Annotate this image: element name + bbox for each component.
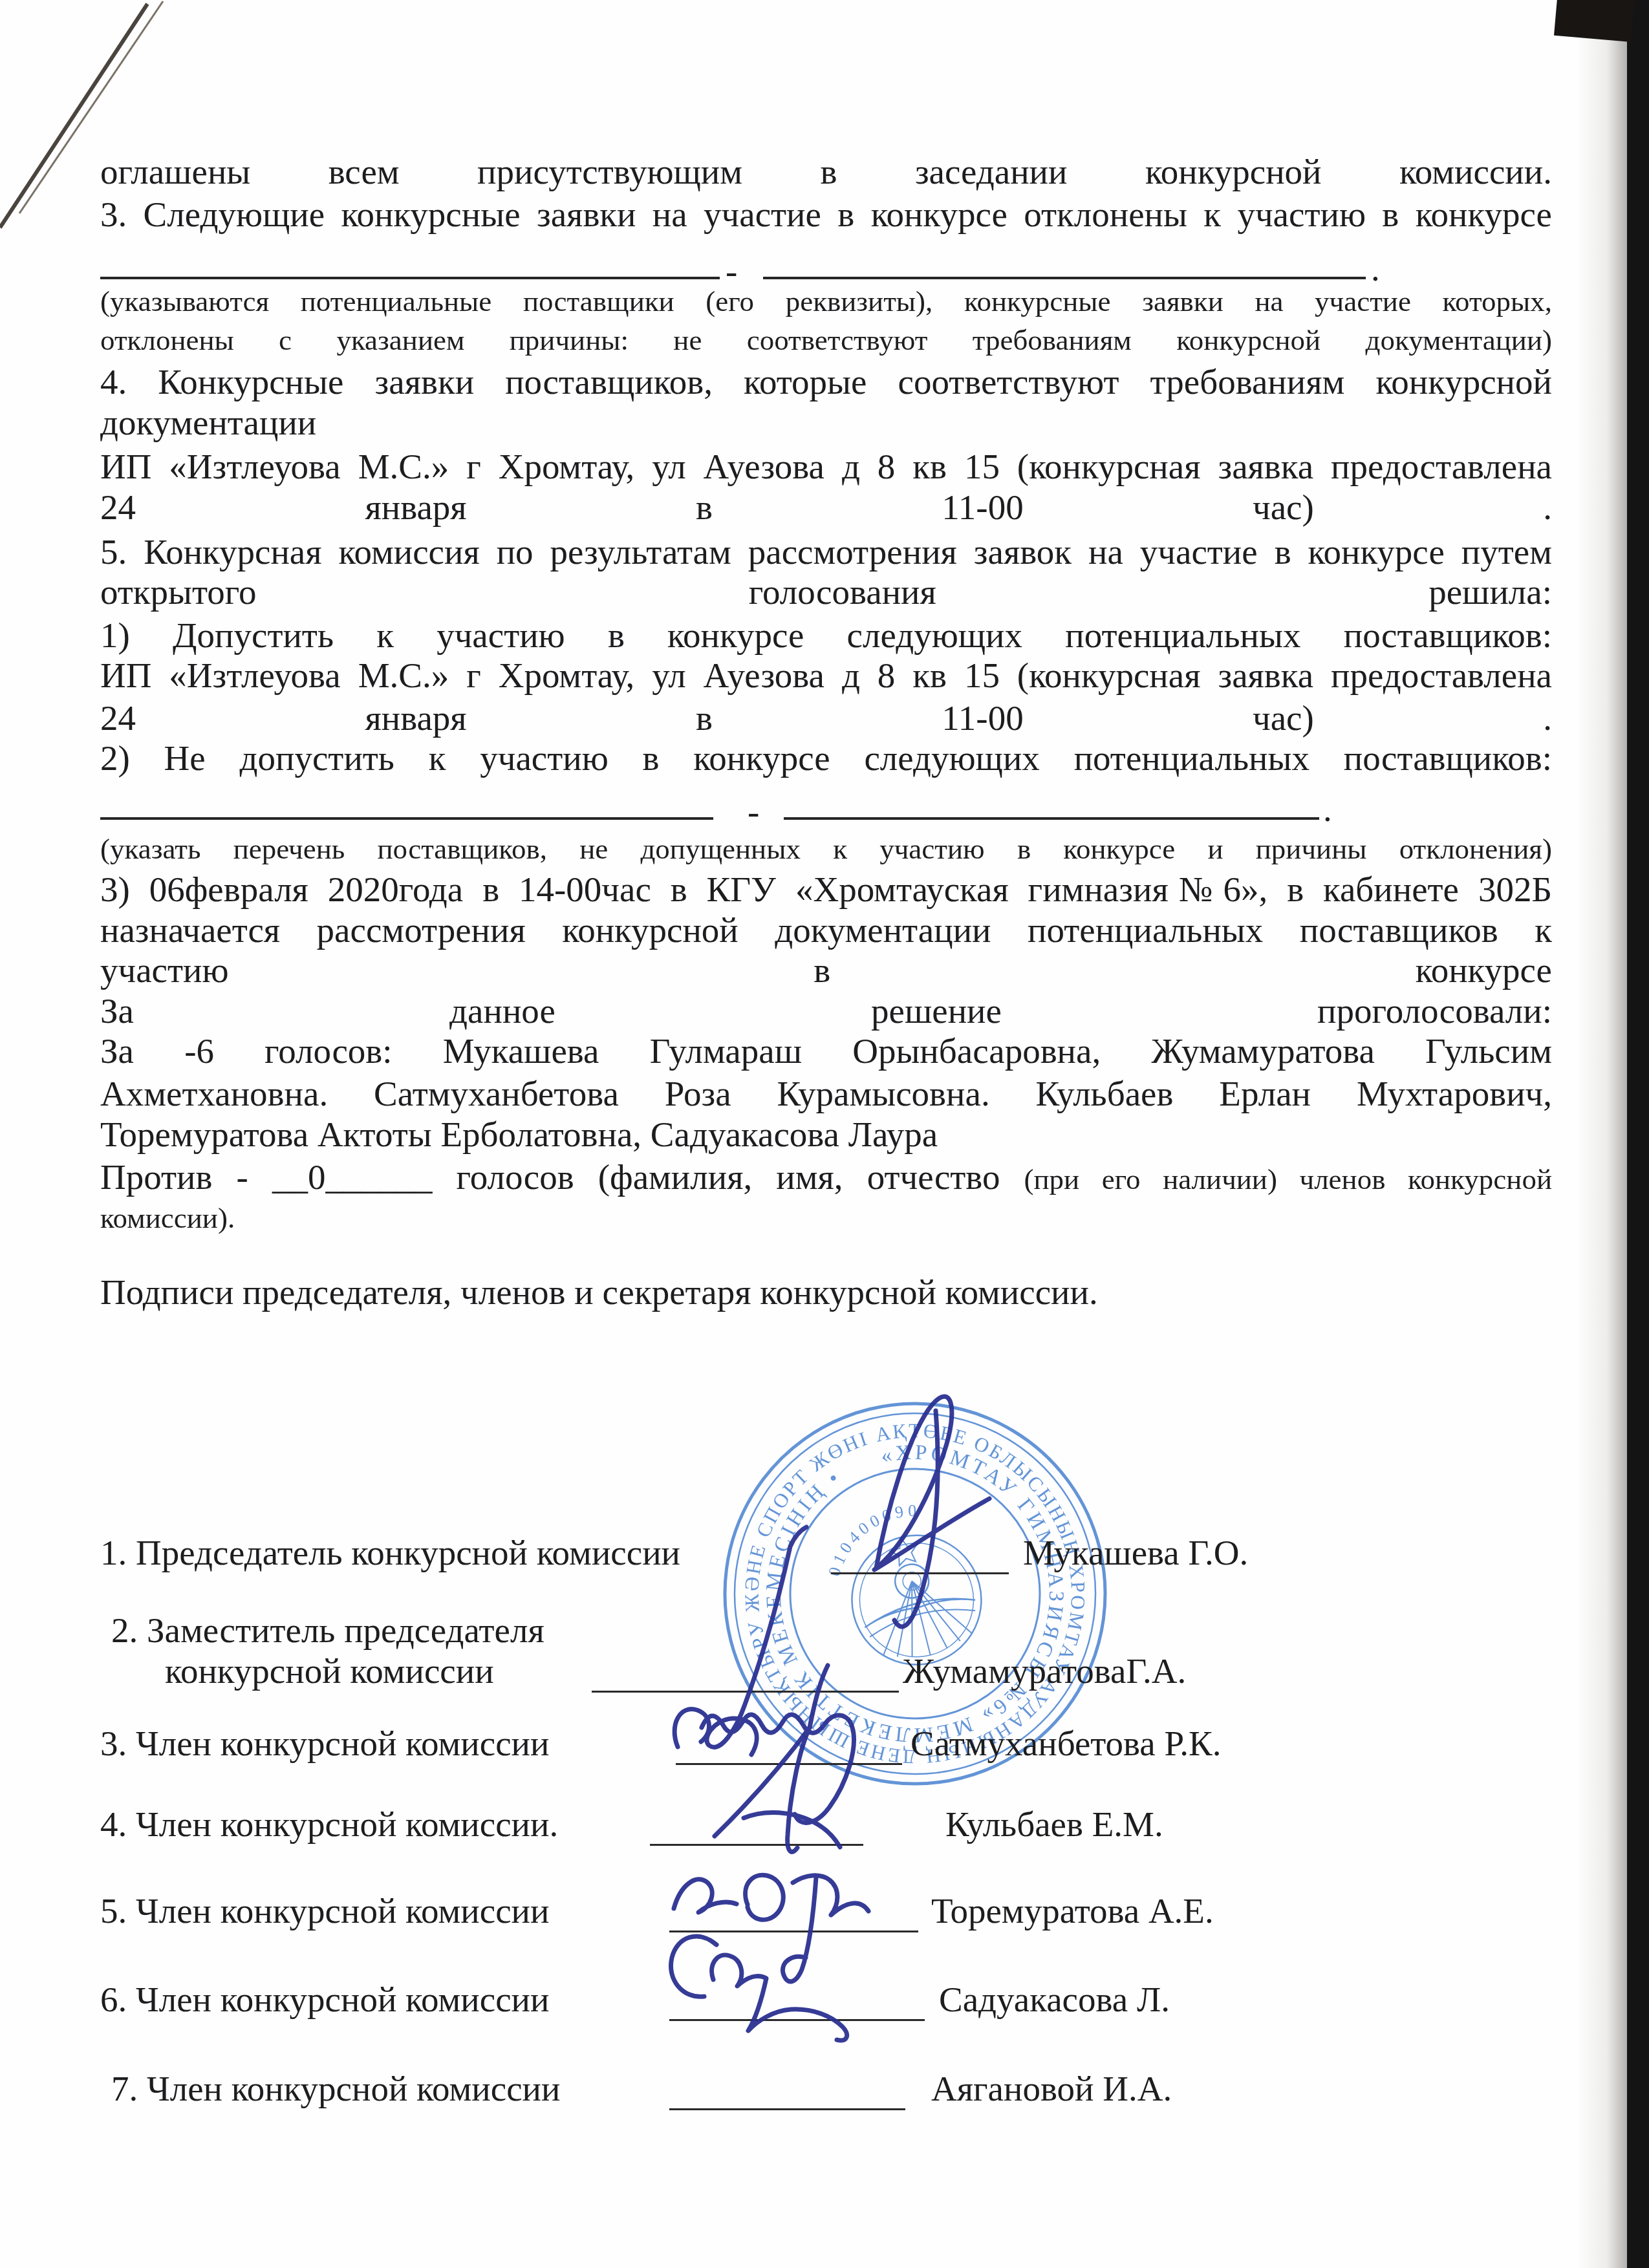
- stamp-bin-number: 010400090: [812, 1497, 934, 1582]
- document-line: открытого голосования решила:: [100, 572, 1552, 613]
- scan-corner-artifact: [1554, 0, 1635, 42]
- document-line: (указать перечень поставщиков, не допуще…: [100, 828, 1552, 870]
- blank-underline: [784, 817, 1319, 820]
- document-line: оглашены всем присутствующим в заседании…: [100, 151, 1552, 193]
- signature-line: [831, 1572, 1009, 1574]
- signature-row-name: Кульбаев Е.М.: [945, 1804, 1163, 1845]
- signature-toremuratova: [793, 1876, 868, 1915]
- signature-saduakasova: [712, 1955, 847, 2040]
- signature-line: [592, 1691, 899, 1693]
- signature-line: [669, 1931, 918, 1932]
- signature-line: [669, 2108, 905, 2110]
- signature-row-label: 5. Член конкурсной комиссии: [100, 1890, 549, 1931]
- signature-row-name: Мукашева Г.О.: [1023, 1532, 1248, 1573]
- document-line: 3) 06февраля 2020года в 14-00час в КГУ «…: [100, 869, 1552, 910]
- signature-row-label: 2. Заместитель председателя: [111, 1610, 544, 1651]
- document-line: 5. Конкурсная комиссия по результатам ра…: [100, 531, 1552, 573]
- signature-row-name: Сатмуханбетова Р.К.: [911, 1723, 1221, 1764]
- signature-toremuratova: [674, 1879, 737, 1912]
- signature-line: [650, 1844, 863, 1846]
- document-line: (указываются потенциальные поставщики (е…: [100, 281, 1552, 322]
- signature-toremuratova: [746, 1875, 784, 1920]
- document-line: Торемуратова Актоты Ерболатовна, Садуака…: [100, 1114, 1552, 1155]
- svg-text:010400090: 010400090: [812, 1497, 934, 1582]
- scanned-document-page: оглашены всем присутствующим в заседании…: [0, 0, 1649, 2268]
- document-line: участию в конкурсе: [100, 950, 1552, 991]
- signature-row-label: 4. Член конкурсной комиссии.: [100, 1804, 558, 1845]
- scan-edge-shadow: [1577, 0, 1627, 2268]
- blank-underline: [100, 817, 713, 820]
- signature-row-label: 3. Член конкурсной комиссии: [100, 1723, 549, 1764]
- blank-underline: [763, 277, 1366, 279]
- document-line: 1) Допустить к участию в конкурсе следую…: [100, 615, 1552, 656]
- signature-satmukhanbetova: [674, 1709, 709, 1747]
- signature-row-label: конкурсной комиссии: [165, 1651, 494, 1691]
- document-line: документации: [100, 402, 1552, 444]
- vote-count-line: Против - __0______ голосов (фамилия, имя…: [100, 1157, 1552, 1200]
- document-line: 3. Следующие конкурсные заявки на участи…: [100, 194, 1552, 235]
- vote-count-main: Против - __0______ голосов (фамилия, имя…: [100, 1157, 1024, 1197]
- signature-toremuratova: [782, 1878, 816, 1982]
- signature-row-label: 1. Председатель конкурсной комиссии: [100, 1532, 680, 1573]
- signature-row-label: 6. Член конкурсной комиссии: [100, 1979, 549, 2020]
- scan-edge-black-band: [1627, 0, 1649, 2268]
- signature-row-label: 7. Член конкурсной комиссии: [111, 2068, 560, 2109]
- signature-line: [676, 1763, 902, 1765]
- vote-count-note: (при его наличии) членов конкурсной: [1024, 1163, 1552, 1195]
- document-line: За данное решение проголосовали:: [100, 990, 1552, 1032]
- signature-row-name: Торемуратова А.Е.: [931, 1890, 1214, 1931]
- document-line: 24 января в 11-00 час) .: [100, 487, 1552, 528]
- document-line: назначается рассмотрения конкурсной доку…: [100, 910, 1552, 951]
- signature-kulbaev: [744, 1812, 840, 1847]
- document-line: 24 января в 11-00 час) .: [100, 698, 1552, 739]
- signatures-heading: Подписи председателя, членов и секретаря…: [100, 1272, 1552, 1313]
- hyphen-mark: -: [748, 791, 759, 832]
- signature-line: [669, 2019, 925, 2021]
- signature-row-name: Садуакасова Л.: [939, 1979, 1170, 2020]
- signature-saduakasova: [671, 1936, 717, 1996]
- document-line: 4. Конкурсные заявки поставщиков, которы…: [100, 361, 1552, 403]
- document-line: За -6 голосов: Мукашева Гулмараш Орынбас…: [100, 1031, 1552, 1072]
- signature-row-name: ЖумамуратоваГ.А.: [903, 1651, 1186, 1691]
- document-line: ИП «Изтлеуова М.С.» г Хромтау, ул Ауезов…: [100, 446, 1552, 487]
- document-line: 2) Не допустить к участию в конкурсе сле…: [100, 738, 1552, 779]
- document-line: комиссии).: [100, 1197, 1552, 1239]
- period-mark: .: [1323, 789, 1332, 829]
- document-line: Ахметхановна. Сатмуханбетова Роза Курамы…: [100, 1073, 1552, 1115]
- signature-row-name: Аягановой И.А.: [931, 2068, 1172, 2109]
- document-line: ИП «Изтлеуова М.С.» г Хромтау, ул Ауезов…: [100, 655, 1552, 696]
- blank-underline: [100, 277, 720, 279]
- document-line: отклонены с указанием причины: не соотве…: [100, 319, 1552, 361]
